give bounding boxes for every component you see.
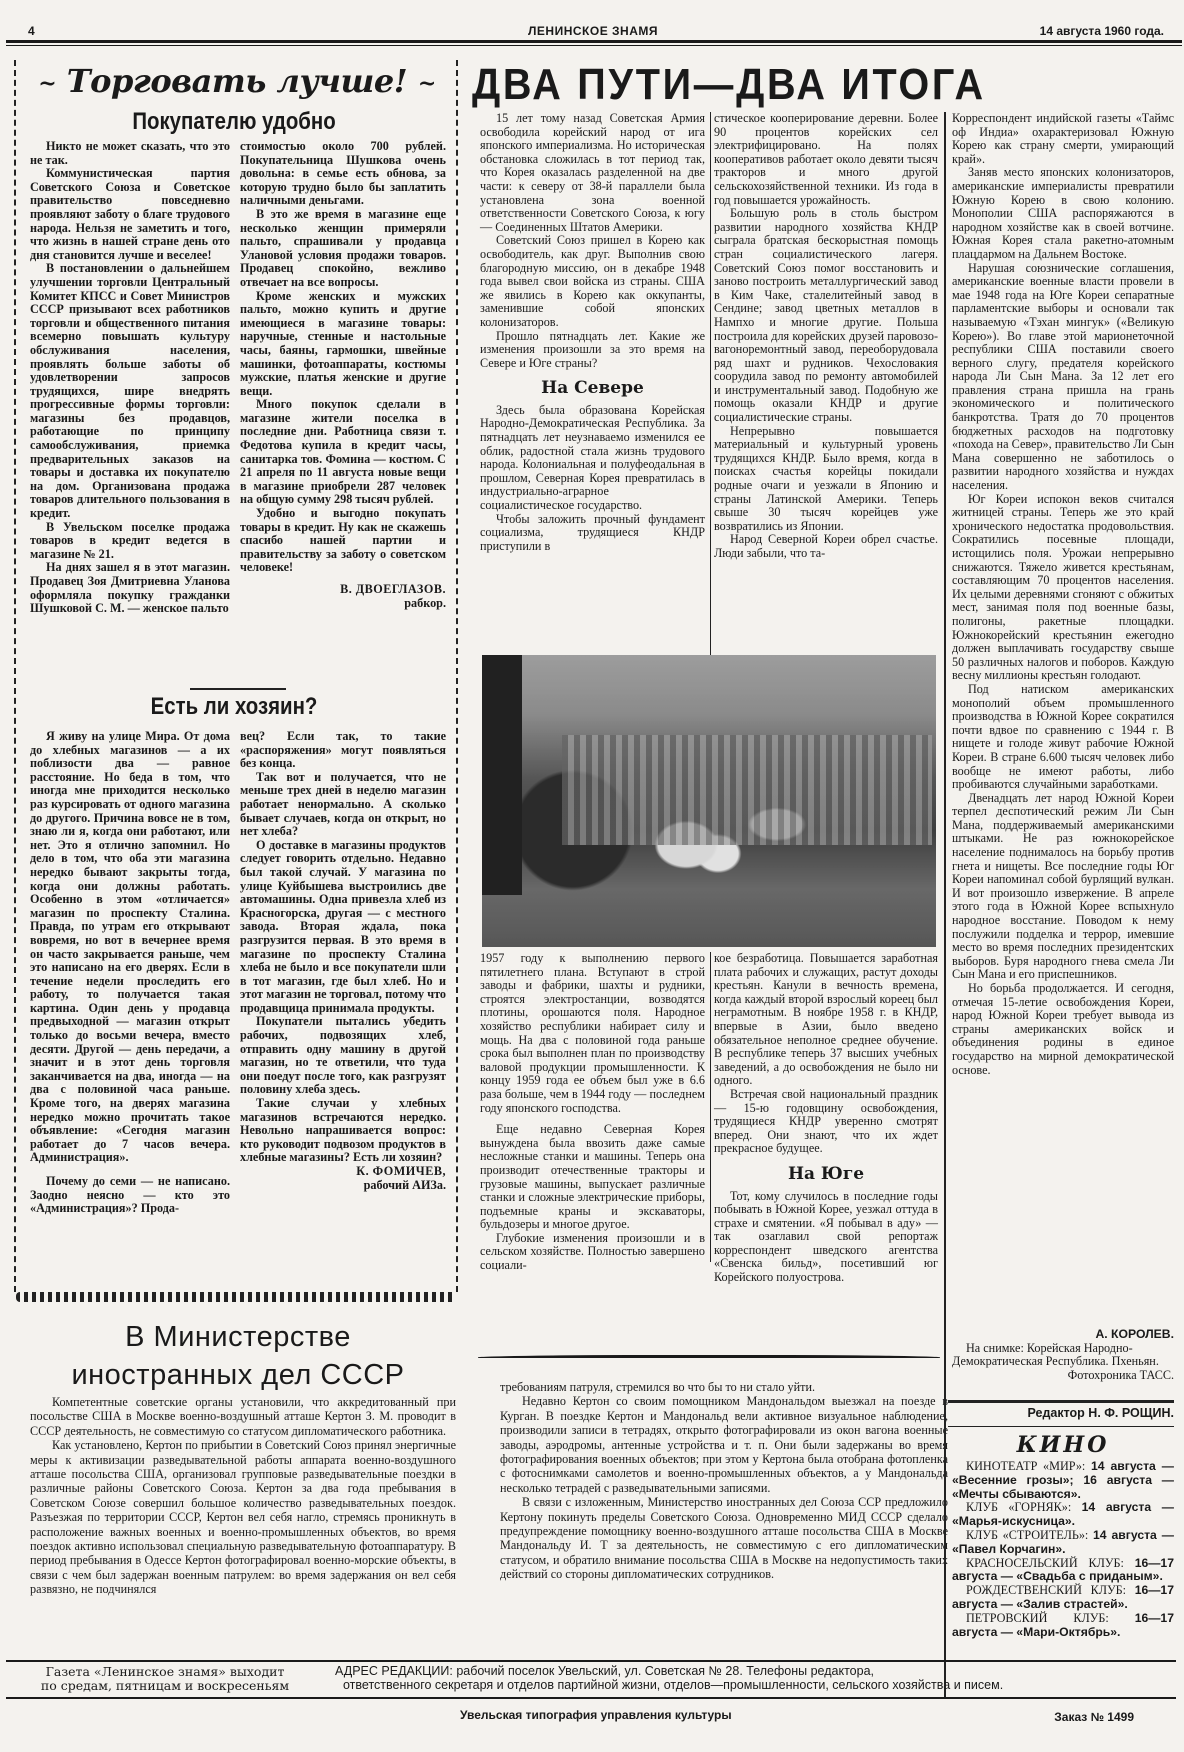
wavy-divider: [478, 1355, 940, 1361]
editor-credit: Редактор Н. Ф. РОЩИН.: [952, 1406, 1174, 1420]
photo-caption-block: А. КОРОЛЕВ. На снимке: Корейская Народно…: [952, 1328, 1174, 1382]
photo-credit: Фотохроника ТАСС.: [952, 1369, 1174, 1383]
article-title-pokupatelyu: Покупателю удобно: [56, 108, 413, 136]
article-column: стическое кооперирование деревни. Более …: [714, 112, 938, 561]
article-column: требованиям патруля, стремился во что бы…: [500, 1380, 948, 1582]
paper-name: ЛЕНИНСКОЕ ЗНАМЯ: [528, 24, 658, 38]
main-headline: ДВА ПУТИ—ДВА ИТОГА: [472, 60, 1048, 110]
listing-item: КИНОТЕАТР «МИР»: 14 августа — «Весенние …: [952, 1460, 1174, 1501]
section-heading-north: На Севере: [480, 382, 705, 396]
newspaper-page: 4 ЛЕНИНСКОЕ ЗНАМЯ 14 августа 1960 года. …: [0, 0, 1184, 1752]
photo-building: [562, 735, 932, 845]
article-column: Никто не может сказать, что это не так. …: [30, 140, 230, 616]
listing-item: КЛУБ «ГОРНЯК»: 14 августа — «Марья-искус…: [952, 1501, 1174, 1529]
article-column: вец? Если так, то такие «распоряжения» м…: [240, 730, 446, 1192]
tilde-ornament-icon: ~: [38, 71, 56, 97]
photo-caption: На снимке: Корейская Народно-Демократиче…: [952, 1342, 1174, 1369]
divider: [190, 688, 286, 690]
news-photo-pyongyang: [482, 655, 936, 947]
divider: [948, 1426, 1174, 1427]
article-column: 1957 году к выполнению первого пятилетне…: [480, 952, 705, 1273]
footer-rule: [6, 1697, 1176, 1699]
kino-heading: КИНО: [952, 1432, 1174, 1458]
article-column-right: Корреспондент индийской газеты «Таймс оф…: [952, 112, 1174, 1077]
article-column: кое безработица. Повышается заработная п…: [714, 952, 938, 1285]
rubric-heading: ~ Торговать лучше! ~: [22, 62, 452, 100]
listing-item: КРАСНОСЕЛЬСКИЙ КЛУБ: 16—17 августа — «Св…: [952, 1557, 1174, 1585]
listing-item: РОЖДЕСТВЕНСКИЙ КЛУБ: 16—17 августа — «За…: [952, 1584, 1174, 1612]
ministry-article: Компетентные советские органы установили…: [30, 1395, 942, 1655]
masthead-rule: [6, 40, 1182, 46]
author-role: рабкор.: [240, 597, 446, 611]
article-column: Я живу на улице Мира. От дома до хлебных…: [30, 730, 230, 1216]
author-signature: А. КОРОЛЕВ.: [952, 1328, 1174, 1342]
author-signature: К. ФОМИЧЕВ,: [240, 1165, 446, 1179]
wavy-border: [16, 1292, 456, 1302]
editorial-address: АДРЕС РЕДАКЦИИ: рабочий поселок Увельски…: [335, 1665, 1175, 1692]
cinema-listings: КИНОТЕАТР «МИР»: 14 августа — «Весенние …: [952, 1460, 1174, 1639]
publication-schedule: Газета «Ленинское знамя» выходит по сред…: [30, 1665, 300, 1692]
tilde-ornament-icon: ~: [418, 71, 436, 97]
article-title-est-li-hozyain: Есть ли хозяин?: [56, 693, 413, 721]
article-column: стоимостью около 700 рублей. Покупательн…: [240, 140, 446, 610]
article-column: Компетентные советские органы установили…: [30, 1395, 456, 1597]
ministry-title: В Министерстве иностранных дел СССР: [20, 1318, 456, 1394]
author-signature: В. ДВОЕГЛАЗОВ.: [240, 583, 446, 597]
listing-item: КЛУБ «СТРОИТЕЛЬ»: 14 августа — «Павел Ко…: [952, 1529, 1174, 1557]
order-number: Заказ № 1499: [1054, 1710, 1134, 1724]
column-rule: [710, 112, 711, 657]
column-rule: [944, 112, 946, 1697]
page-number: 4: [28, 24, 35, 38]
author-role: рабочий АИЗа.: [240, 1179, 446, 1193]
section-heading-south: На Юге: [714, 1168, 938, 1182]
column-rule: [710, 952, 711, 1262]
photo-tree: [482, 655, 522, 895]
issue-date: 14 августа 1960 года.: [1040, 24, 1164, 38]
divider: [948, 1400, 1174, 1403]
masthead: 4 ЛЕНИНСКОЕ ЗНАМЯ 14 августа 1960 года.: [28, 20, 1170, 42]
footer-rule: [6, 1660, 1176, 1662]
listing-item: ПЕТРОВСКИЙ КЛУБ: 16—17 августа — «Мари-О…: [952, 1612, 1174, 1640]
printer-credit: Увельская типография управления культуры: [460, 1708, 732, 1722]
article-column: 15 лет тому назад Советская Армия освобо…: [480, 112, 705, 553]
